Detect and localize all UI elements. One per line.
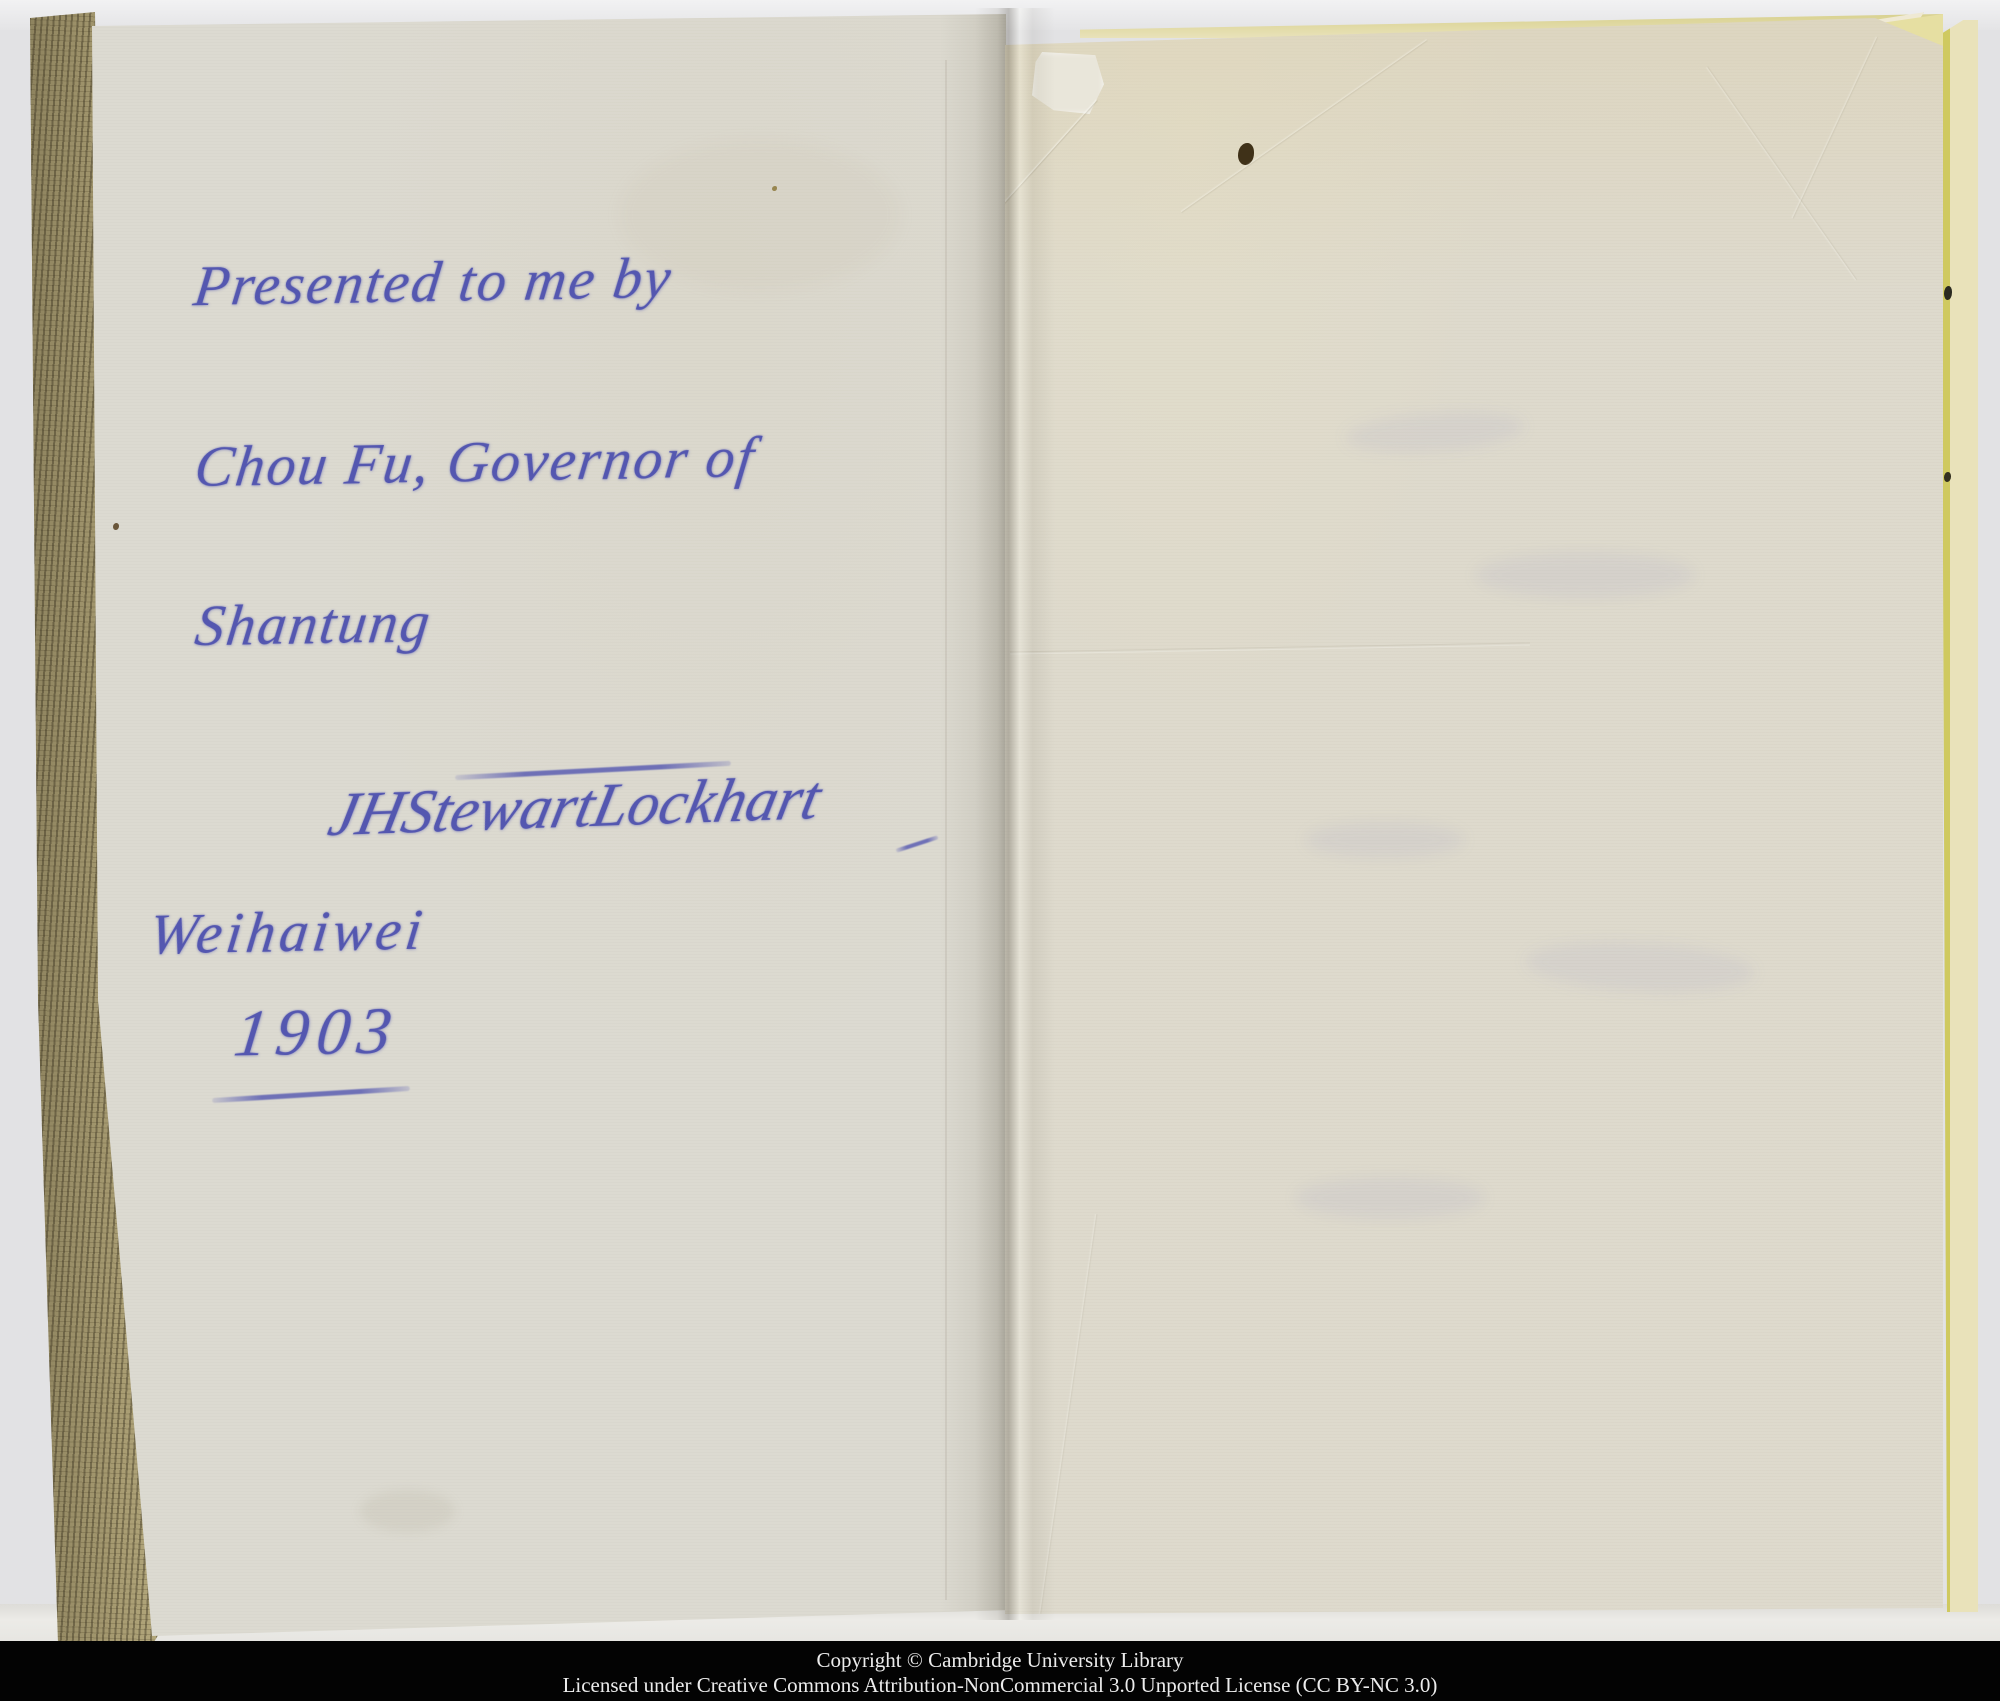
tissue-crease bbox=[1705, 66, 1857, 281]
inscription-line-1: Presented to me by bbox=[190, 244, 676, 319]
copyright-line-2: Licensed under Creative Commons Attribut… bbox=[0, 1673, 2000, 1698]
right-page-tissue bbox=[1005, 12, 1943, 1618]
gutter-fold-shadow bbox=[975, 8, 1055, 1620]
inscription-year: 1903 bbox=[230, 994, 404, 1073]
tissue-crease bbox=[1791, 36, 1879, 219]
show-through-text bbox=[1524, 936, 1756, 998]
paper-stain bbox=[360, 1490, 455, 1532]
inscription-line-2: Chou Fu, Governor of bbox=[191, 423, 759, 500]
show-through-text bbox=[1475, 552, 1695, 598]
copyright-bar: Copyright © Cambridge University Library… bbox=[0, 1641, 2000, 1701]
show-through-text bbox=[1305, 822, 1465, 858]
inscription-place: Weihaiwei bbox=[146, 896, 430, 968]
scanned-book-opening: Presented to me by Chou Fu, Governor of … bbox=[0, 0, 2000, 1701]
tissue-crease bbox=[1010, 642, 1530, 654]
copyright-line-1: Copyright © Cambridge University Library bbox=[0, 1648, 2000, 1673]
yellow-underpage-right-edge bbox=[1941, 20, 1978, 1612]
tissue-crease bbox=[1180, 38, 1428, 213]
left-page-crease-line bbox=[945, 60, 947, 1600]
show-through-text bbox=[1344, 406, 1526, 458]
paper-speck bbox=[113, 523, 119, 530]
show-through-text bbox=[1295, 1177, 1485, 1219]
inscription-line-3: Shantung bbox=[192, 588, 436, 659]
